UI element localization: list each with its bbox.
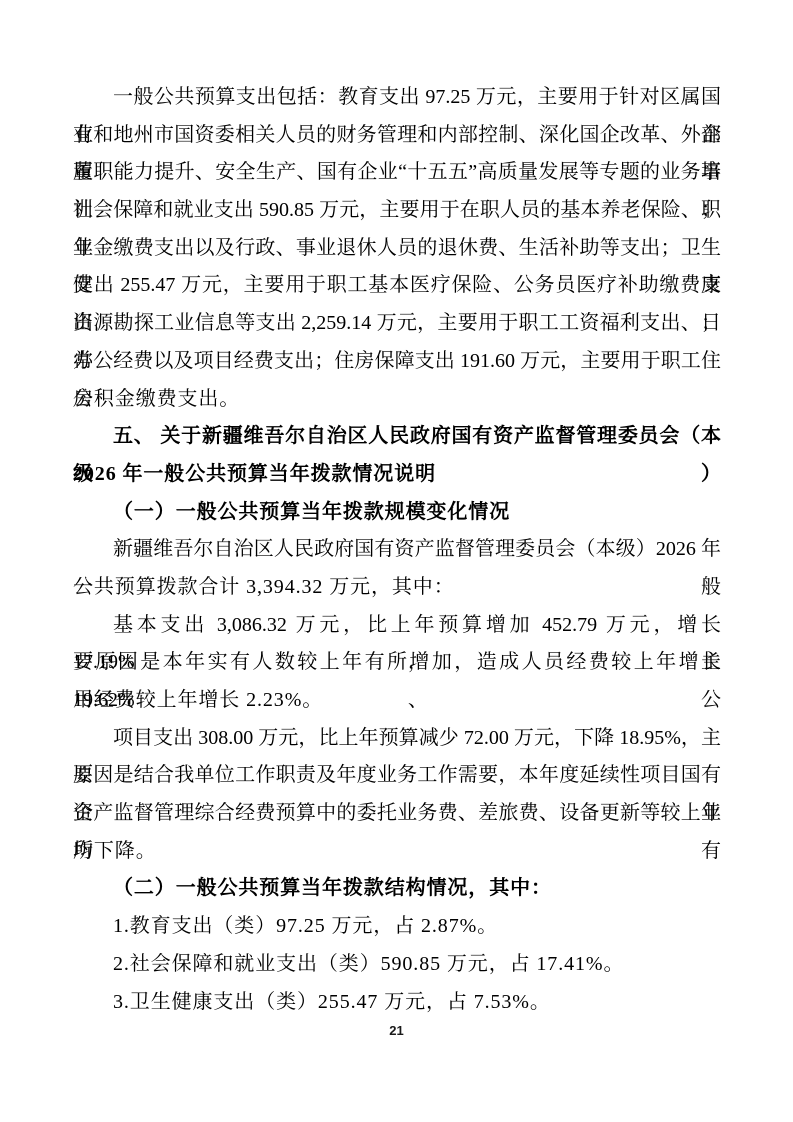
- text-line: 要原因是本年实有人数较上年有所增加，造成人员经费较上年增长 19.62%、公: [73, 644, 721, 682]
- text-line: 社会保障和就业支出 590.85 万元，主要用于在职人员的基本养老保险、职业: [73, 192, 721, 230]
- text-line: 一般公共预算支出包括：教育支出 97.25 万元，主要用于针对区属国有企: [73, 79, 721, 117]
- text-line: 资产监督管理综合经费预算中的委托业务费、差旅费、设备更新等较上年均有: [73, 795, 721, 833]
- text-line: 办公经费以及项目经费支出；住房保障支出 191.60 万元，主要用于职工住房: [73, 343, 721, 381]
- text-line: 原因是结合我单位工作职责及年度业务工作需要，本年度延续性项目国有企业: [73, 757, 721, 795]
- text-line: 项目支出 308.00 万元，比上年预算减少 72.00 万元，下降 18.95…: [73, 720, 721, 758]
- text-line: 履职能力提升、安全生产、国有企业“十五五”高质量发展等专题的业务培训；: [73, 154, 721, 192]
- list-item: 1.教育支出（类）97.25 万元，占 2.87%。: [73, 908, 721, 946]
- page-number: 21: [389, 1023, 403, 1038]
- list-item: 2.社会保障和就业支出（类）590.85 万元，占 17.41%。: [73, 946, 721, 984]
- document-body: 一般公共预算支出包括：教育支出 97.25 万元，主要用于针对区属国有企 业和地…: [73, 79, 721, 1021]
- list-item: 3.卫生健康支出（类）255.47 万元，占 7.53%。: [73, 984, 721, 1022]
- text-line: 新疆维吾尔自治区人民政府国有资产监督管理委员会（本级）2026 年一般: [73, 531, 721, 569]
- sub-heading-line: （一）一般公共预算当年拨款规模变化情况: [73, 494, 721, 532]
- page-footer: 21: [0, 1022, 793, 1040]
- section-heading-line: 五、 关于新疆维吾尔自治区人民政府国有资产监督管理委员会（本级）: [73, 418, 721, 456]
- document-page: 一般公共预算支出包括：教育支出 97.25 万元，主要用于针对区属国有企 业和地…: [0, 0, 793, 1122]
- text-line: 公积金缴费支出。: [73, 381, 721, 419]
- text-line: 基本支出 3,086.32 万元，比上年预算增加 452.79 万元，增长 17…: [73, 607, 721, 645]
- text-line: 资源勘探工业信息等支出 2,259.14 万元，主要用于职工工资福利支出、日常: [73, 305, 721, 343]
- text-line: 支出 255.47 万元，主要用于职工基本医疗保险、公务员医疗补助缴费支出；: [73, 267, 721, 305]
- text-line: 业和地州市国资委相关人员的财务管理和内部控制、深化国企改革、外部董事: [73, 117, 721, 155]
- text-line: 年金缴费支出以及行政、事业退休人员的退休费、生活补助等支出；卫生健康: [73, 230, 721, 268]
- sub-heading-line: （二）一般公共预算当年拨款结构情况，其中：: [73, 870, 721, 908]
